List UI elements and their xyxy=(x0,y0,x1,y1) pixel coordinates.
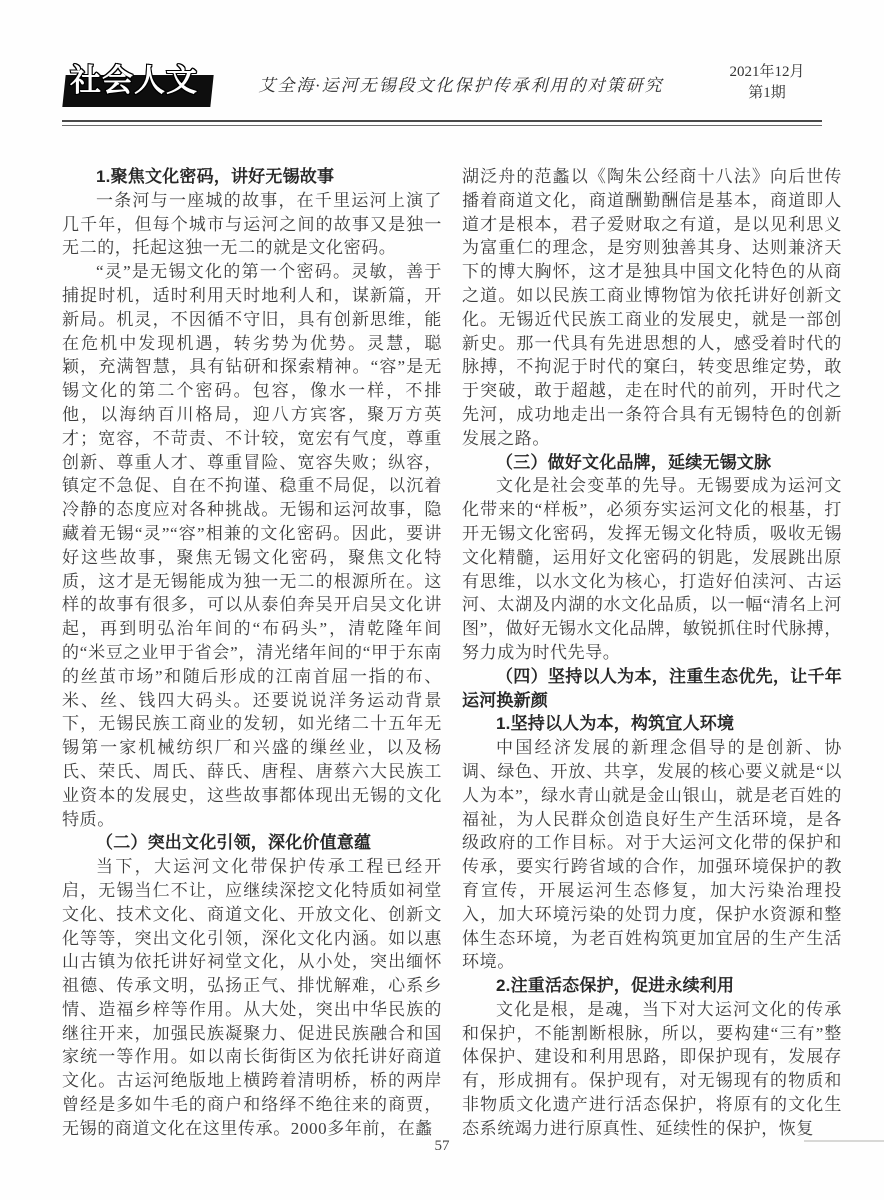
left-column: 1.聚焦文化密码，讲好无锡故事一条河与一座城的故事，在千里运河上演了几千年，但每… xyxy=(62,165,442,1141)
body-paragraph: 文化是根，是魂，当下对大运河文化的传承和保护，不能割断根脉，所以，要构建“三有”… xyxy=(462,998,842,1141)
section-heading: （四）坚持以人为本，注重生态优先，让千年运河换新颜 xyxy=(462,665,842,713)
header-divider xyxy=(62,120,822,126)
journal-page: 社会人文 艾全海·运河无锡段文化保护传承利用的对策研究 2021年12月 第1期… xyxy=(0,0,884,1200)
section-heading: 2.注重活态保护，促进永续利用 xyxy=(462,974,842,998)
logo-text: 社会人文 xyxy=(70,55,198,100)
article-body: 1.聚焦文化密码，讲好无锡故事一条河与一座城的故事，在千里运河上演了几千年，但每… xyxy=(62,165,842,1141)
body-paragraph: 当下，大运河文化带保护传承工程已经开启，无锡当仁不让，应继续深挖文化特质如祠堂文… xyxy=(62,855,442,1141)
section-heading: 1.坚持以人为本，构筑宜人环境 xyxy=(462,712,842,736)
scan-artifact-line xyxy=(804,1140,884,1142)
page-header: 社会人文 艾全海·运河无锡段文化保护传承利用的对策研究 2021年12月 第1期 xyxy=(62,52,822,114)
issue-info: 2021年12月 第1期 xyxy=(712,62,822,104)
issue-number: 第1期 xyxy=(712,83,822,104)
running-head-article-title: 艾全海·运河无锡段文化保护传承利用的对策研究 xyxy=(220,71,712,96)
body-paragraph: 文化是社会变革的先导。无锡要成为运河文化带来的“样板”，必须夯实运河文化的根基，… xyxy=(462,474,842,664)
section-heading: （三）做好文化品牌，延续无锡文脉 xyxy=(462,451,842,475)
section-heading: （二）突出文化引领，深化价值意蕴 xyxy=(62,831,442,855)
issue-date: 2021年12月 xyxy=(712,62,822,83)
body-paragraph: 中国经济发展的新理念倡导的是创新、协调、绿色、开放、共享，发展的核心要义就是“以… xyxy=(462,736,842,974)
body-paragraph: 一条河与一座城的故事，在千里运河上演了几千年，但每个城市与运河之间的故事又是独一… xyxy=(62,189,442,260)
page-number: 57 xyxy=(0,1138,884,1155)
body-paragraph: 湖泛舟的范蠡以《陶朱公经商十八法》向后世传播着商道文化，商道酬勤酬信是基本，商道… xyxy=(462,165,842,451)
section-heading: 1.聚焦文化密码，讲好无锡故事 xyxy=(62,165,442,189)
body-paragraph: “灵”是无锡文化的第一个密码。灵敏，善于捕捉时机，适时利用天时地利人和，谋新篇，… xyxy=(62,260,442,831)
journal-logo: 社会人文 xyxy=(62,53,220,113)
right-column: 湖泛舟的范蠡以《陶朱公经商十八法》向后世传播着商道文化，商道酬勤酬信是基本，商道… xyxy=(462,165,842,1141)
